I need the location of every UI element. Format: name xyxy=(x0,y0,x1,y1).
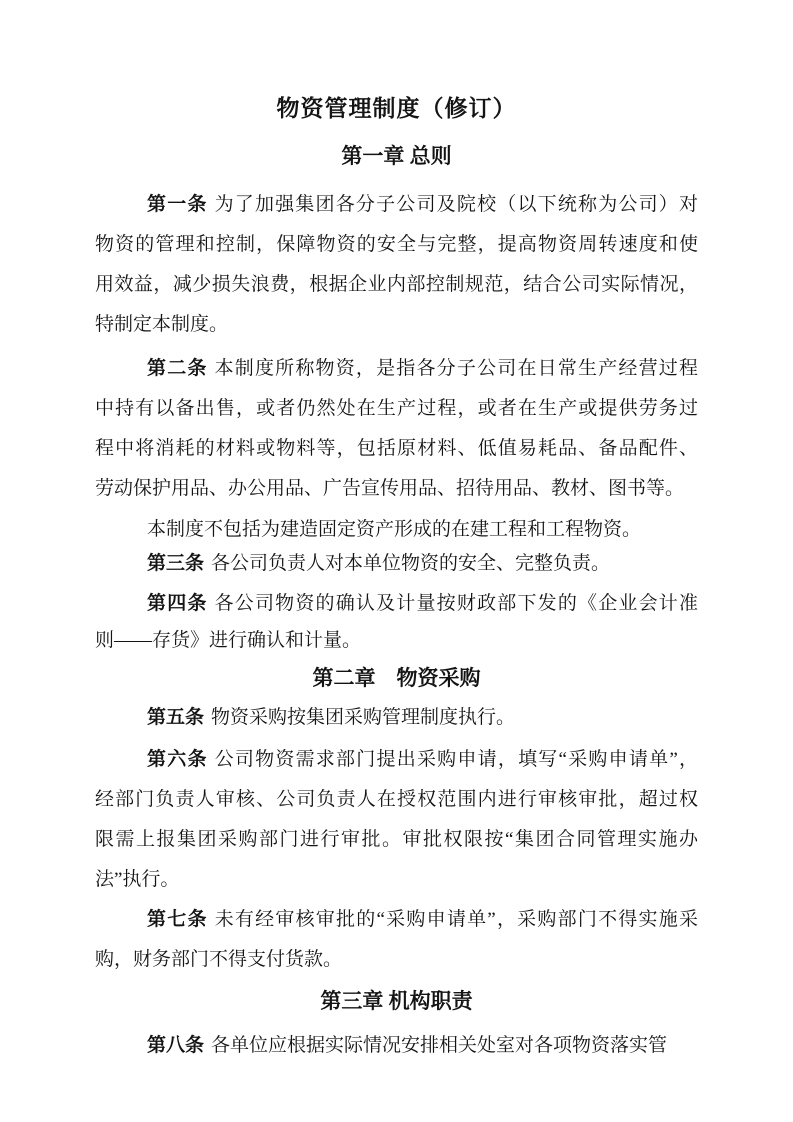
document-page: 物资管理制度（修订） 第一章 总则第一条为了加强集团各分子公司及院校（以下统称为… xyxy=(0,0,793,1122)
clause-number: 第五条 xyxy=(147,707,204,728)
text-line: 劳动保护用品、办公用品、广告宣传用品、招待用品、教材、图书等。 xyxy=(95,469,698,509)
chapter-heading: 第二章 物资采购 xyxy=(95,663,698,693)
clause-number: 第七条 xyxy=(147,909,208,930)
clause: 第二条本制度所称物资，是指各分子公司在日常生产经营过程中持有以备出售，或者仍然处… xyxy=(95,349,698,509)
clause-number: 第二条 xyxy=(147,358,208,379)
clause: 第八条各单位应根据实际情况安排相关处室对各项物资落实管 xyxy=(95,1026,698,1066)
clause-number: 第三条 xyxy=(147,553,204,574)
text-line: 第一条为了加强集团各分子公司及院校（以下统称为公司）对 xyxy=(95,185,698,225)
text-line: 法”执行。 xyxy=(95,860,698,900)
clause: 第六条公司物资需求部门提出采购申请，填写“采购申请单”，经部门负责人审核、公司负… xyxy=(95,740,698,900)
text-line: 本制度不包括为建造固定资产形成的在建工程和工程物资。 xyxy=(95,513,698,547)
text-line: 第六条公司物资需求部门提出采购申请，填写“采购申请单”， xyxy=(95,740,698,780)
text-line: 限需上报集团采购部门进行审批。审批权限按“集团合同管理实施办 xyxy=(95,820,698,860)
text-line: 购，财务部门不得支付货款。 xyxy=(95,940,698,980)
text-line: 物资的管理和控制，保障物资的安全与完整，提高物资周转速度和使 xyxy=(95,225,698,265)
clause: 第七条未有经审核审批的“采购申请单”，采购部门不得实施采购，财务部门不得支付货款… xyxy=(95,900,698,980)
text-line: 特制定本制度。 xyxy=(95,305,698,345)
clause-number: 第八条 xyxy=(147,1035,204,1056)
paragraph: 本制度不包括为建造固定资产形成的在建工程和工程物资。 xyxy=(95,513,698,547)
text-line: 则——存货》进行确认和计量。 xyxy=(95,622,698,659)
clause: 第五条物资采购按集团采购管理制度执行。 xyxy=(95,699,698,736)
document-body: 第一章 总则第一条为了加强集团各分子公司及院校（以下统称为公司）对物资的管理和控… xyxy=(95,141,698,1066)
chapter-heading: 第一章 总则 xyxy=(95,141,698,171)
clause: 第四条各公司物资的确认及计量按财政部下发的《企业会计准则——存货》进行确认和计量… xyxy=(95,585,698,659)
clause: 第一条为了加强集团各分子公司及院校（以下统称为公司）对物资的管理和控制，保障物资… xyxy=(95,185,698,345)
text-line: 程中将消耗的材料或物料等，包括原材料、低值易耗品、备品配件、 xyxy=(95,429,698,469)
text-line: 第七条未有经审核审批的“采购申请单”，采购部门不得实施采 xyxy=(95,900,698,940)
text-line: 第三条各公司负责人对本单位物资的安全、完整负责。 xyxy=(95,547,698,581)
text-line: 用效益，减少损失浪费，根据企业内部控制规范，结合公司实际情况， xyxy=(95,265,698,305)
text-line: 第二条本制度所称物资，是指各分子公司在日常生产经营过程 xyxy=(95,349,698,389)
document-title: 物资管理制度（修订） xyxy=(95,93,698,125)
chapter-heading: 第三章 机构职责 xyxy=(95,986,698,1016)
clause-number: 第六条 xyxy=(147,749,208,770)
text-line: 中持有以备出售，或者仍然处在生产过程，或者在生产或提供劳务过 xyxy=(95,389,698,429)
clause-number: 第一条 xyxy=(147,194,208,215)
clause-number: 第四条 xyxy=(147,593,208,614)
text-line: 第四条各公司物资的确认及计量按财政部下发的《企业会计准 xyxy=(95,585,698,622)
text-line: 第八条各单位应根据实际情况安排相关处室对各项物资落实管 xyxy=(95,1026,698,1066)
clause: 第三条各公司负责人对本单位物资的安全、完整负责。 xyxy=(95,547,698,581)
text-line: 第五条物资采购按集团采购管理制度执行。 xyxy=(95,699,698,736)
text-line: 经部门负责人审核、公司负责人在授权范围内进行审核审批，超过权 xyxy=(95,780,698,820)
